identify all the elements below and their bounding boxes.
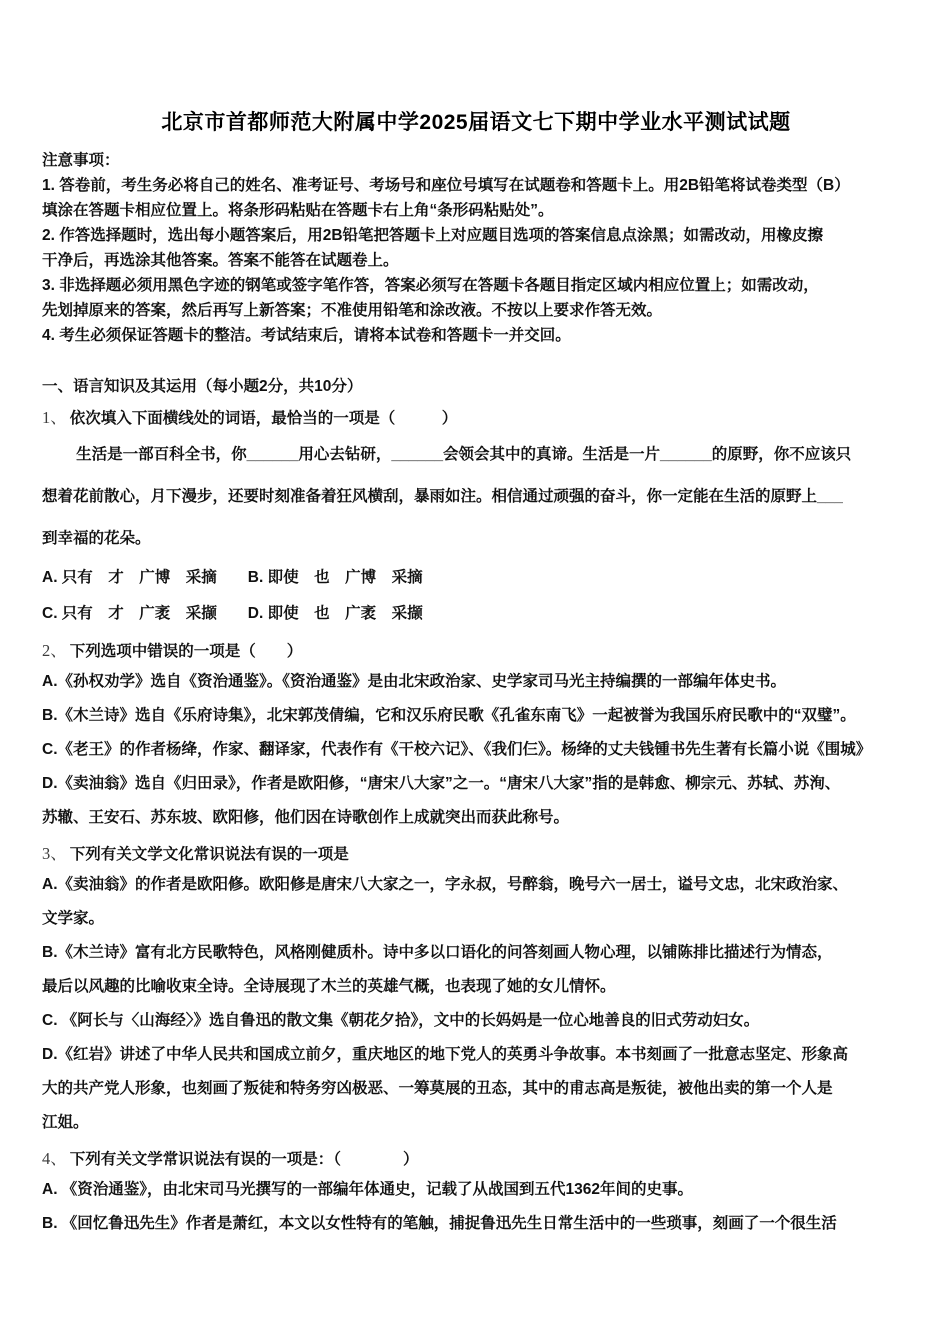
notes-label: 注意事项： [42, 148, 910, 173]
passage-line: 想着花前散心，月下漫步，还要时刻准备着狂风横刮，暴雨如注。相信通过顽强的奋斗，你… [42, 476, 910, 518]
question-3: 3、下列有关文学文化常识说法有误的一项是 A.《卖油翁》的作者是欧阳修。欧阳修是… [42, 841, 910, 1140]
question-3-option-d-continued: 大的共产党人形象，也刻画了叛徒和特务穷凶极恶、一筹莫展的丑态，其中的甫志高是叛徒… [42, 1072, 910, 1106]
question-2-option-c: C.《老王》的作者杨绛，作家、翻译家，代表作有《干校六记》、《我们仨》。杨绛的丈… [42, 733, 910, 767]
section-heading: 一、语言知识及其运用（每小题2分，共10分） [42, 374, 910, 399]
exam-title: 北京市首都师范大附属中学2025届语文七下期中学业水平测试试题 [42, 108, 910, 138]
question-3-option-a-continued: 文学家。 [42, 902, 910, 936]
passage-line: 生活是一部百科全书，你______用心去钻研，______会领会其中的真谛。生活… [42, 434, 910, 476]
question-1-options-row: C. 只有 才 广袤 采撷 D. 即使 也 广袤 采撷 [42, 596, 910, 632]
note-line: 干净后，再选涂其他答案。答案不能答在试题卷上。 [42, 248, 910, 273]
question-3-option-c: C. 《阿长与〈山海经〉》选自鲁迅的散文集《朝花夕拾》，文中的长妈妈是一位心地善… [42, 1004, 910, 1038]
question-2-stem: 2、下列选项中错误的一项是（ ） [42, 638, 910, 665]
question-1-stem-text: 依次填入下面横线处的词语，最恰当的一项是（ ） [70, 410, 458, 427]
question-2: 2、下列选项中错误的一项是（ ） A.《孙权劝学》选自《资治通鉴》。《资治通鉴》… [42, 638, 910, 835]
question-3-number: 3、 [42, 844, 67, 863]
note-line: 填涂在答题卡相应位置上。将条形码粘贴在答题卡右上角“条形码粘贴处”。 [42, 198, 910, 223]
question-3-option-d-continued: 江姐。 [42, 1106, 910, 1140]
note-line: 2. 作答选择题时，选出每小题答案后，用2B铅笔把答题卡上对应题目选项的答案信息… [42, 223, 910, 248]
exam-paper-page: 北京市首都师范大附属中学2025届语文七下期中学业水平测试试题 注意事项： 1.… [0, 0, 950, 1344]
question-1-passage: 生活是一部百科全书，你______用心去钻研，______会领会其中的真谛。生活… [42, 434, 910, 560]
question-1: 1、依次填入下面横线处的词语，最恰当的一项是（ ） 生活是一部百科全书，你___… [42, 405, 910, 632]
question-3-stem-text: 下列有关文学文化常识说法有误的一项是 [70, 846, 349, 863]
question-4-number: 4、 [42, 1149, 67, 1168]
question-3-stem: 3、下列有关文学文化常识说法有误的一项是 [42, 841, 910, 868]
question-4-stem: 4、下列有关文学常识说法有误的一项是：（ ） [42, 1146, 910, 1173]
note-line: 1. 答卷前，考生务必将自己的姓名、准考证号、考场号和座位号填写在试题卷和答题卡… [42, 173, 910, 198]
question-1-options-row: A. 只有 才 广博 采摘 B. 即使 也 广博 采摘 [42, 560, 910, 596]
question-2-option-b: B.《木兰诗》选自《乐府诗集》，北宋郭茂倩编，它和汉乐府民歌《孔雀东南飞》一起被… [42, 699, 910, 733]
question-2-option-d: D.《卖油翁》选自《归田录》，作者是欧阳修，“唐宋八大家”之一。“唐宋八大家”指… [42, 767, 910, 801]
question-3-option-a: A.《卖油翁》的作者是欧阳修。欧阳修是唐宋八大家之一，字永叔，号醉翁，晚号六一居… [42, 868, 910, 902]
question-3-option-b: B.《木兰诗》富有北方民歌特色，风格刚健质朴。诗中多以口语化的问答刻画人物心理，… [42, 936, 910, 970]
question-3-option-b-continued: 最后以风趣的比喻收束全诗。全诗展现了木兰的英雄气概，也表现了她的女儿情怀。 [42, 970, 910, 1004]
question-3-option-d: D.《红岩》讲述了中华人民共和国成立前夕，重庆地区的地下党人的英勇斗争故事。本书… [42, 1038, 910, 1072]
question-2-stem-text: 下列选项中错误的一项是（ ） [70, 643, 303, 660]
question-1-stem: 1、依次填入下面横线处的词语，最恰当的一项是（ ） [42, 405, 910, 432]
question-4-option-b: B. 《回忆鲁迅先生》作者是萧红，本文以女性特有的笔触，捕捉鲁迅先生日常生活中的… [42, 1207, 910, 1241]
note-line: 3. 非选择题必须用黑色字迹的钢笔或签字笔作答，答案必须写在答题卡各题目指定区域… [42, 273, 910, 298]
question-4: 4、下列有关文学常识说法有误的一项是：（ ） A. 《资治通鉴》，由北宋司马光撰… [42, 1146, 910, 1241]
question-4-stem-text: 下列有关文学常识说法有误的一项是：（ ） [70, 1151, 419, 1168]
question-2-option-d-continued: 苏辙、王安石、苏东坡、欧阳修，他们因在诗歌创作上成就突出而获此称号。 [42, 801, 910, 835]
question-2-number: 2、 [42, 641, 67, 660]
notes-section: 注意事项： 1. 答卷前，考生务必将自己的姓名、准考证号、考场号和座位号填写在试… [42, 148, 910, 348]
note-line: 先划掉原来的答案，然后再写上新答案；不准使用铅笔和涂改液。不按以上要求作答无效。 [42, 298, 910, 323]
question-2-option-a: A.《孙权劝学》选自《资治通鉴》。《资治通鉴》是由北宋政治家、史学家司马光主持编… [42, 665, 910, 699]
question-1-number: 1、 [42, 408, 67, 427]
note-line: 4. 考生必须保证答题卡的整洁。考试结束后，请将本试卷和答题卡一并交回。 [42, 323, 910, 348]
passage-line: 到幸福的花朵。 [42, 518, 910, 560]
question-4-option-a: A. 《资治通鉴》，由北宋司马光撰写的一部编年体通史，记载了从战国到五代1362… [42, 1173, 910, 1207]
